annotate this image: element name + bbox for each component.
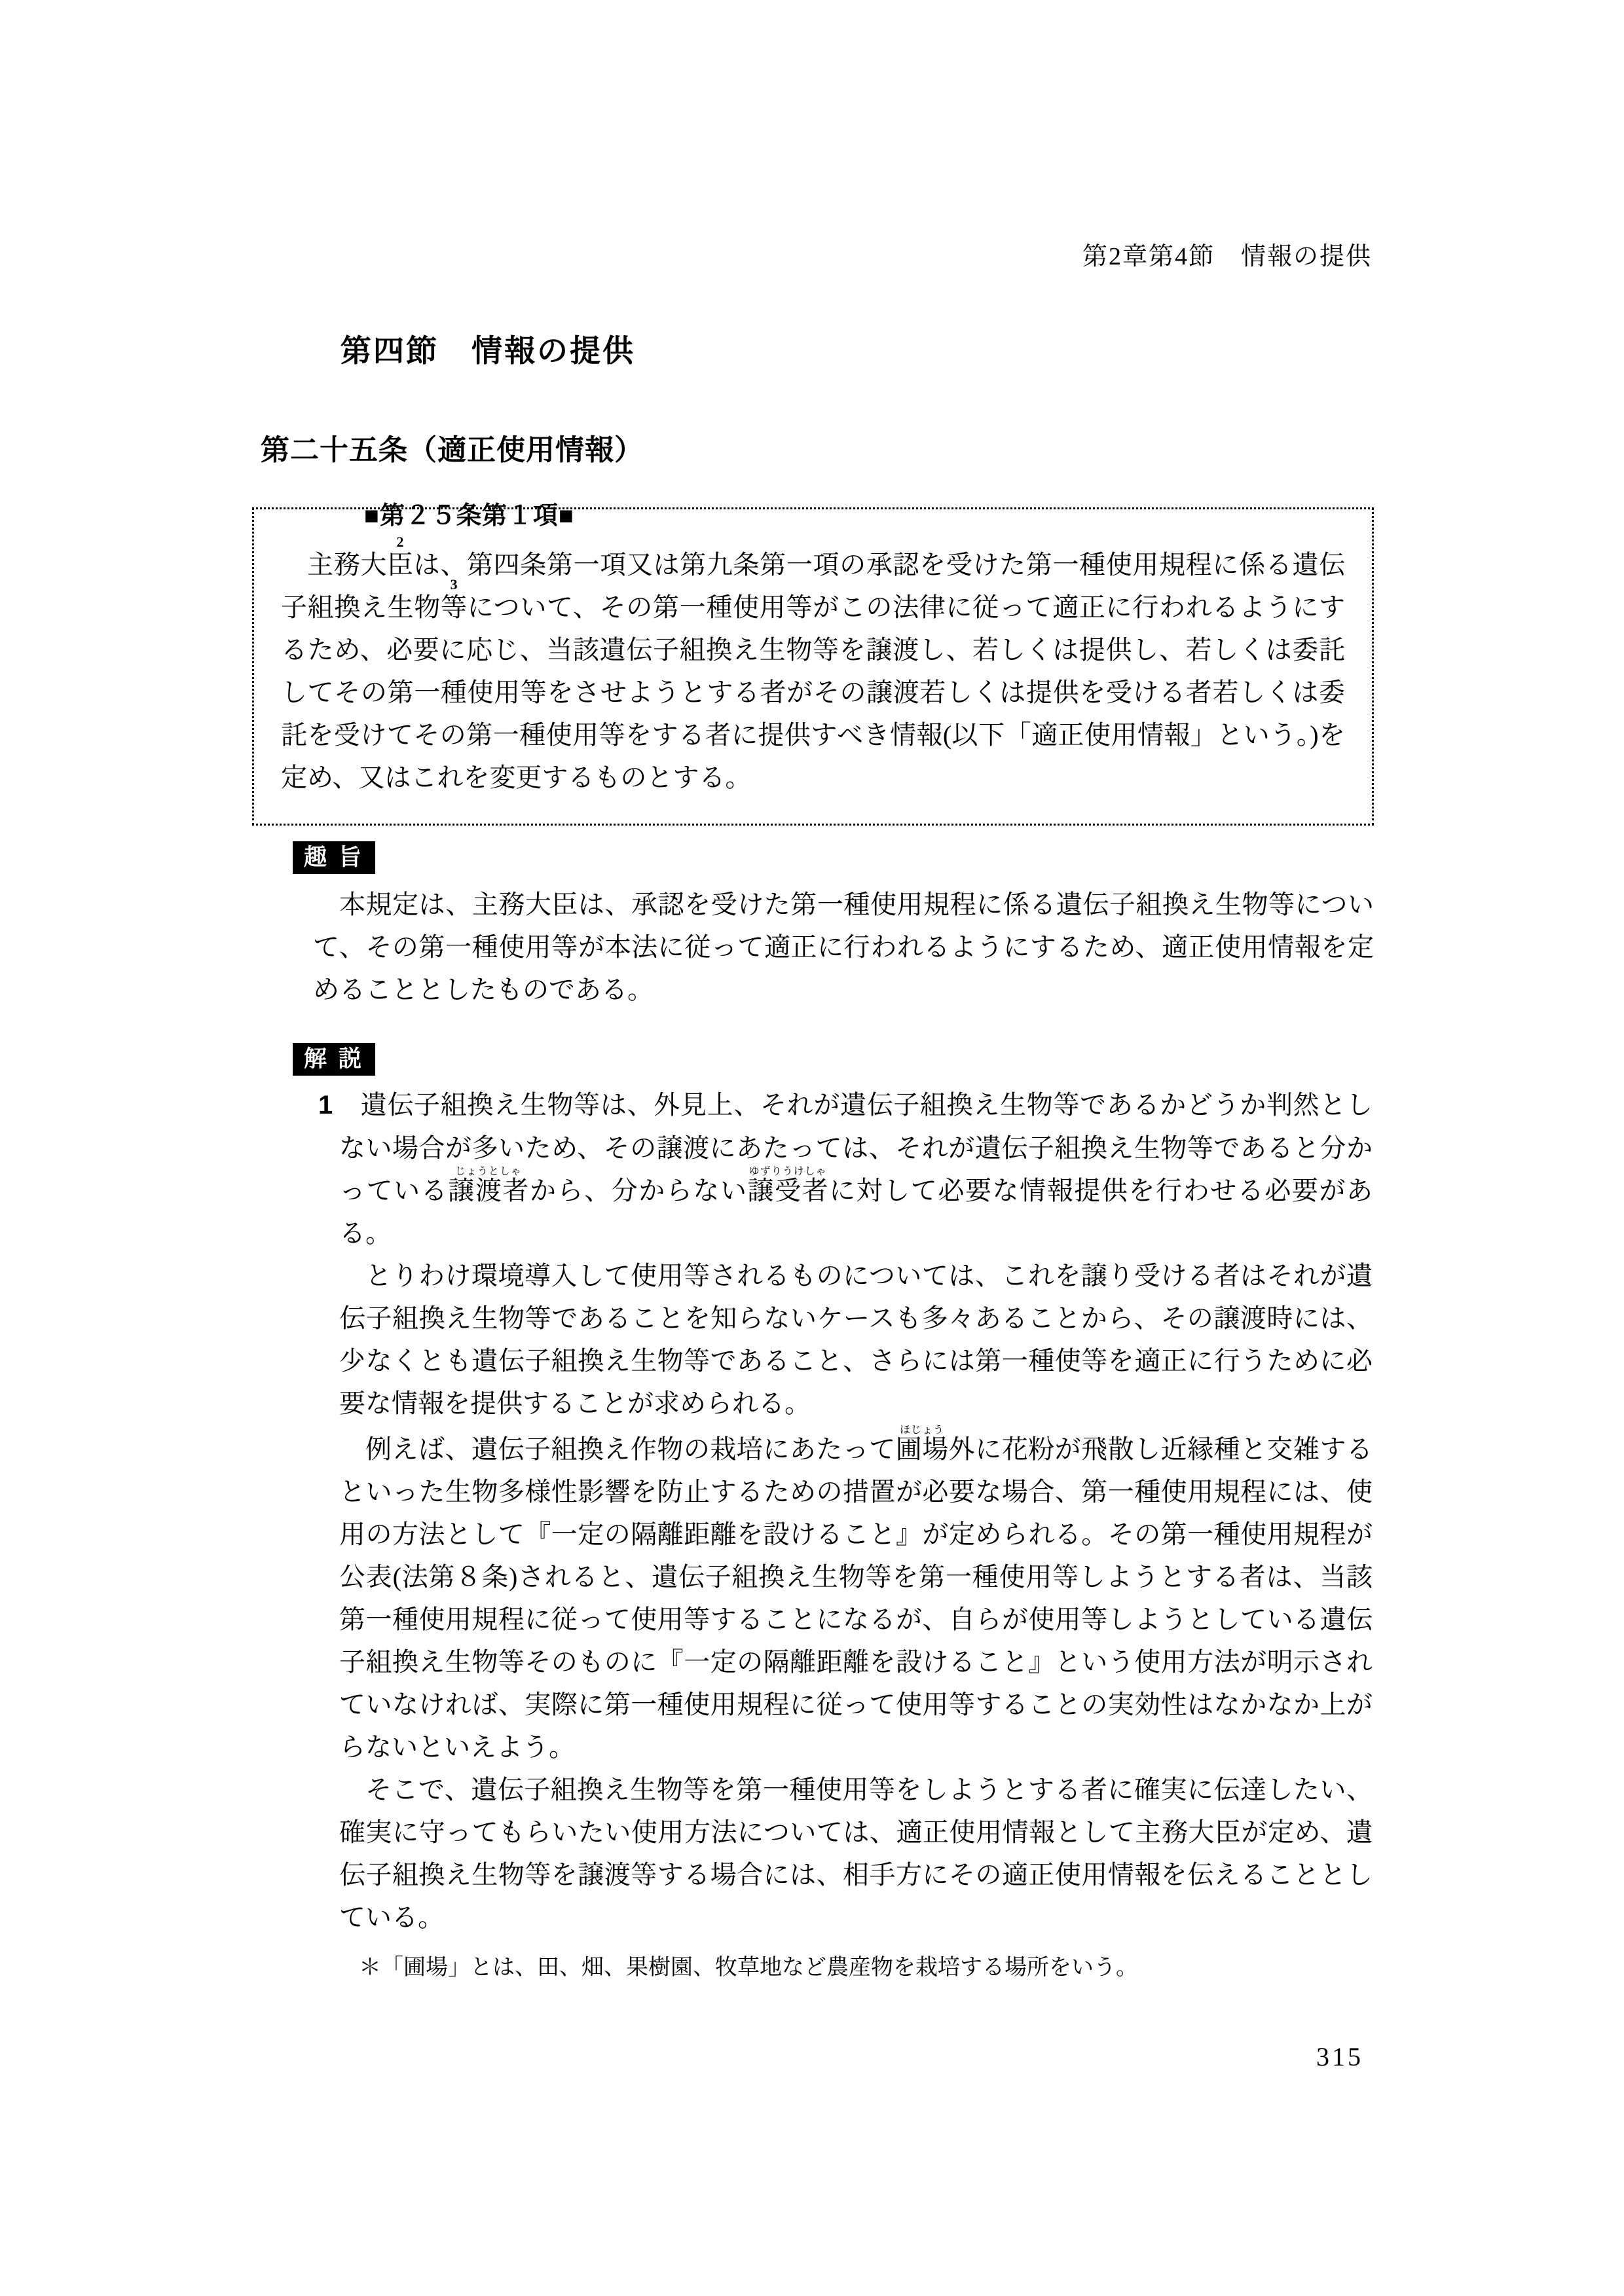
item-number: 1 — [318, 1084, 360, 1127]
law-quote-box: 主務大臣2は、第四条第一項又は第九条第一項の承認を受けた第一種使用規程に係る遺伝… — [252, 507, 1374, 826]
commentary-paragraph: 例えば、遺伝子組換え作物の栽培にあたって圃場ほじょう外に花粉が飛散し近縁種と交雑… — [339, 1425, 1373, 1768]
commentary-section: 1遺伝子組換え生物等は、外見上、それが遺伝子組換え生物等であるかどうか判然としな… — [339, 1084, 1373, 1987]
commentary-paragraph: そこで、遺伝子組換え生物等を第一種使用等をしようとする者に確実に伝達したい、確実… — [339, 1768, 1373, 1939]
commentary-badge: 解 説 — [293, 1043, 375, 1076]
purpose-badge: 趣 旨 — [293, 841, 375, 874]
commentary-paragraph: 1遺伝子組換え生物等は、外見上、それが遺伝子組換え生物等であるかどうか判然としな… — [339, 1084, 1373, 1254]
article-heading: 第二十五条（適正使用情報） — [261, 426, 644, 468]
purpose-section: 本規定は、主務大臣は、承認を受けた第一種使用規程に係る遺伝子組換え生物等について… — [313, 883, 1374, 1011]
law-text: 主務大臣2は、第四条第一項又は第九条第一項の承認を受けた第一種使用規程に係る遺伝… — [281, 536, 1345, 799]
document-page: 第2章第4節 情報の提供 第四節 情報の提供 第二十五条（適正使用情報） ■第２… — [0, 0, 1624, 2296]
running-header: 第2章第4節 情報の提供 — [1082, 236, 1372, 272]
purpose-text: 本規定は、主務大臣は、承認を受けた第一種使用規程に係る遺伝子組換え生物等について… — [313, 883, 1374, 1011]
footnote: ＊「圃場」とは、田、畑、果樹園、牧草地など農産物を栽培する場所をいう。 — [339, 1948, 1373, 1987]
section-title: 第四節 情報の提供 — [341, 327, 635, 371]
page-number: 315 — [1316, 2041, 1363, 2072]
commentary-paragraph: とりわけ環境導入して使用等されるものについては、これを譲り受ける者はそれが遺伝子… — [339, 1254, 1373, 1425]
commentary-paragraph-text: 遺伝子組換え生物等は、外見上、それが遺伝子組換え生物等であるかどうか判然としない… — [339, 1090, 1373, 1248]
